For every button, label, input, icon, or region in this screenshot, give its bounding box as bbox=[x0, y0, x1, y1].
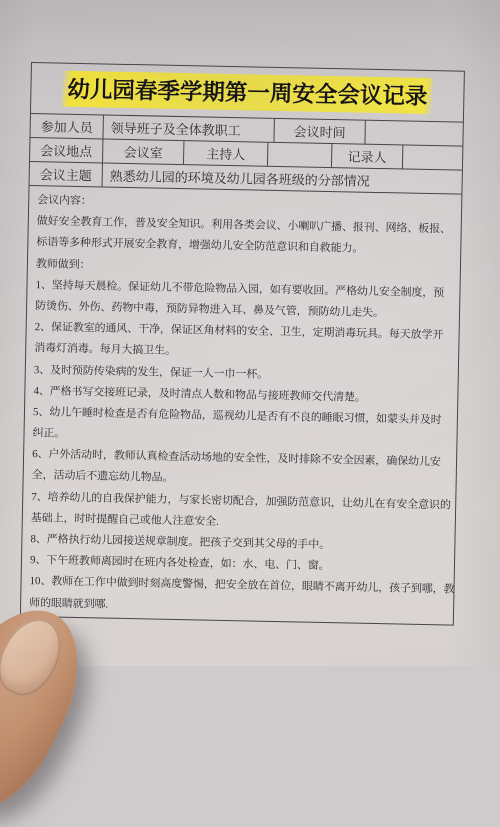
document-title: 幼儿园春季学期第一周安全会议记录 bbox=[62, 71, 433, 114]
host-value bbox=[267, 143, 331, 167]
paper-photo: 幼儿园春季学期第一周安全会议记录 参加人员 领导班子及全体教职工 会议时间 会议… bbox=[0, 0, 500, 666]
title-row: 幼儿园春季学期第一周安全会议记录 bbox=[31, 63, 464, 123]
participants-label: 参加人员 bbox=[30, 114, 102, 138]
meeting-time-value bbox=[364, 121, 462, 146]
location-label: 会议地点 bbox=[30, 138, 102, 162]
host-label: 主持人 bbox=[183, 141, 267, 166]
topic-label: 会议主题 bbox=[30, 162, 102, 186]
recorder-label: 记录人 bbox=[331, 144, 402, 168]
location-value: 会议室 bbox=[102, 139, 183, 164]
meeting-time-label: 会议时间 bbox=[273, 119, 364, 144]
meeting-content: 会议内容：做好安全教育工作，普及安全知识。利用各类会议、小喇叭广播、报刊、网络、… bbox=[21, 186, 462, 625]
recorder-value bbox=[402, 145, 462, 169]
participants-value: 领导班子及全体教职工 bbox=[102, 115, 273, 141]
meeting-record-table: 幼儿园春季学期第一周安全会议记录 参加人员 领导班子及全体教职工 会议时间 会议… bbox=[20, 62, 465, 626]
